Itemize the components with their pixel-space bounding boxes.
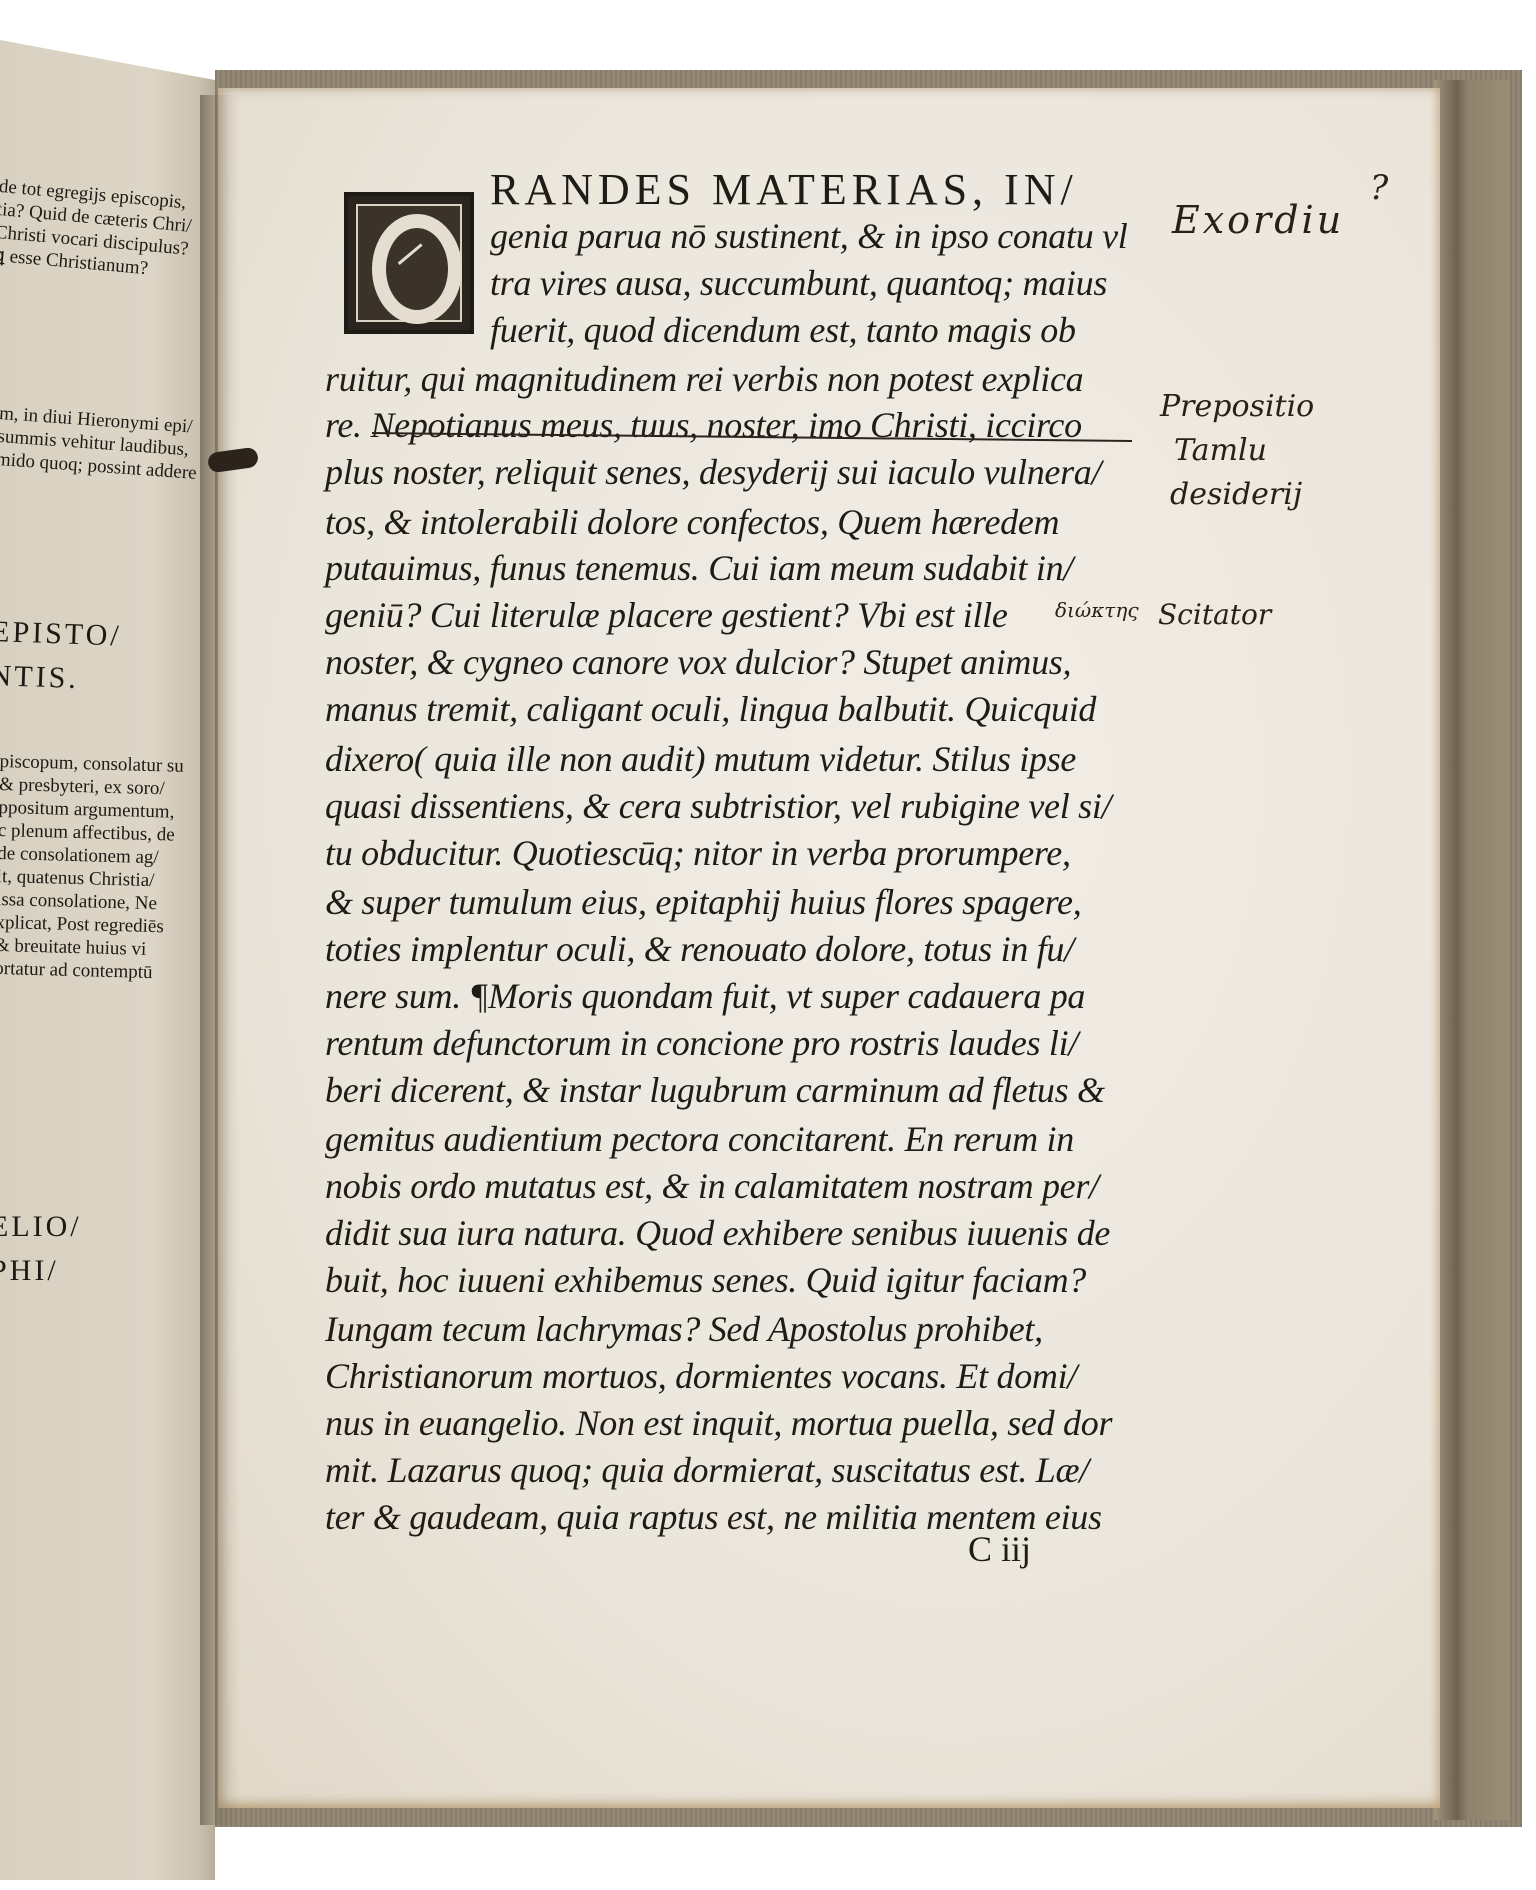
text-line: nobis ordo mutatus est, & in calamitatem… [325, 1165, 1099, 1207]
marginal-note-scitator: Scitator [1158, 598, 1271, 631]
text-line: rentum defunctorum in concione pro rostr… [325, 1022, 1078, 1064]
text-line: dixero( quia ille non audit) mutum videt… [325, 738, 1076, 780]
text-line: noster, & cygneo canore vox dulcior? Stu… [325, 641, 1071, 683]
text-line: geniū? Cui literulæ placere gestient? Vb… [325, 594, 1008, 636]
text-line: nus in euangelio. Non est inquit, mortua… [325, 1402, 1112, 1444]
text-line: fuerit, quod dicendum est, tanto magis o… [490, 309, 1076, 351]
text-line: tos, & intolerabili dolore confectos, Qu… [325, 501, 1059, 543]
text-line: didit sua iura natura. Quod exhibere sen… [325, 1212, 1110, 1254]
text-line: genia parua nō sustinent, & in ipso cona… [490, 215, 1127, 257]
left-heading-1: EPISTO/ NTIS. [0, 610, 122, 702]
text-line: tu obducitur. Quotiescūq; nitor in verba… [325, 832, 1071, 874]
signature-mark: C iij [968, 1528, 1031, 1570]
text-line: tra vires ausa, succumbunt, quantoq; mai… [490, 262, 1107, 304]
text-line: beri dicerent, & instar lugubrum carminu… [325, 1069, 1105, 1111]
left-heading-2: ELIO/ PHI/ / [0, 1205, 82, 1337]
gutter-shadow [200, 95, 240, 1825]
text-line: & super tumulum eius, epitaphij huius fl… [325, 881, 1081, 923]
text-line: putauimus, funus tenemus. Cui iam meum s… [325, 547, 1073, 589]
text-line: buit, hoc iuueni exhibemus senes. Quid i… [325, 1259, 1086, 1301]
text-line: plus noster, reliquit senes, desyderij s… [325, 451, 1101, 493]
text-line: toties implentur oculi, & renouato dolor… [325, 928, 1074, 970]
chapter-heading: RANDES MATERIAS, IN/ [490, 164, 1078, 215]
text-line: nere sum. ¶Moris quondam fuit, vt super … [325, 975, 1085, 1017]
left-text-block-1: de tot egregijs episcopis, tia? Quid de … [0, 175, 194, 284]
left-text-block-2: m, in diui Hieronymi epi/ summis vehitur… [0, 402, 201, 485]
initial-frame [356, 204, 462, 322]
woodcut-initial [344, 192, 474, 334]
text-line: ruitur, qui magnitudinem rei verbis non … [325, 358, 1083, 400]
greek-interlinear-word: διώκτης [1055, 598, 1139, 622]
text-line: gemitus audientium pectora concitarent. … [325, 1118, 1074, 1160]
text-line: Iungam tecum lachrymas? Sed Apostolus pr… [325, 1308, 1043, 1350]
marginal-note-exordium: Exordiu [1172, 198, 1344, 242]
text-line: Christianorum mortuos, dormientes vocans… [325, 1355, 1077, 1397]
text-line: mit. Lazarus quoq; quia dormierat, susci… [325, 1449, 1089, 1491]
cover-board-edge [1434, 80, 1510, 1820]
left-page: de tot egregijs episcopis, tia? Quid de … [0, 40, 215, 1880]
initial-letter-glyph [372, 214, 462, 324]
left-text-block-3: piscopum, consolatur su & presbyteri, ex… [0, 750, 184, 985]
text-line: manus tremit, caligant oculi, lingua bal… [325, 688, 1096, 730]
marginal-note-propositio: Prepositio Tamlu desiderij [1160, 385, 1314, 517]
marginal-query-mark: ? [1370, 168, 1388, 208]
text-line: quasi dissentiens, & cera subtristior, v… [325, 785, 1111, 827]
